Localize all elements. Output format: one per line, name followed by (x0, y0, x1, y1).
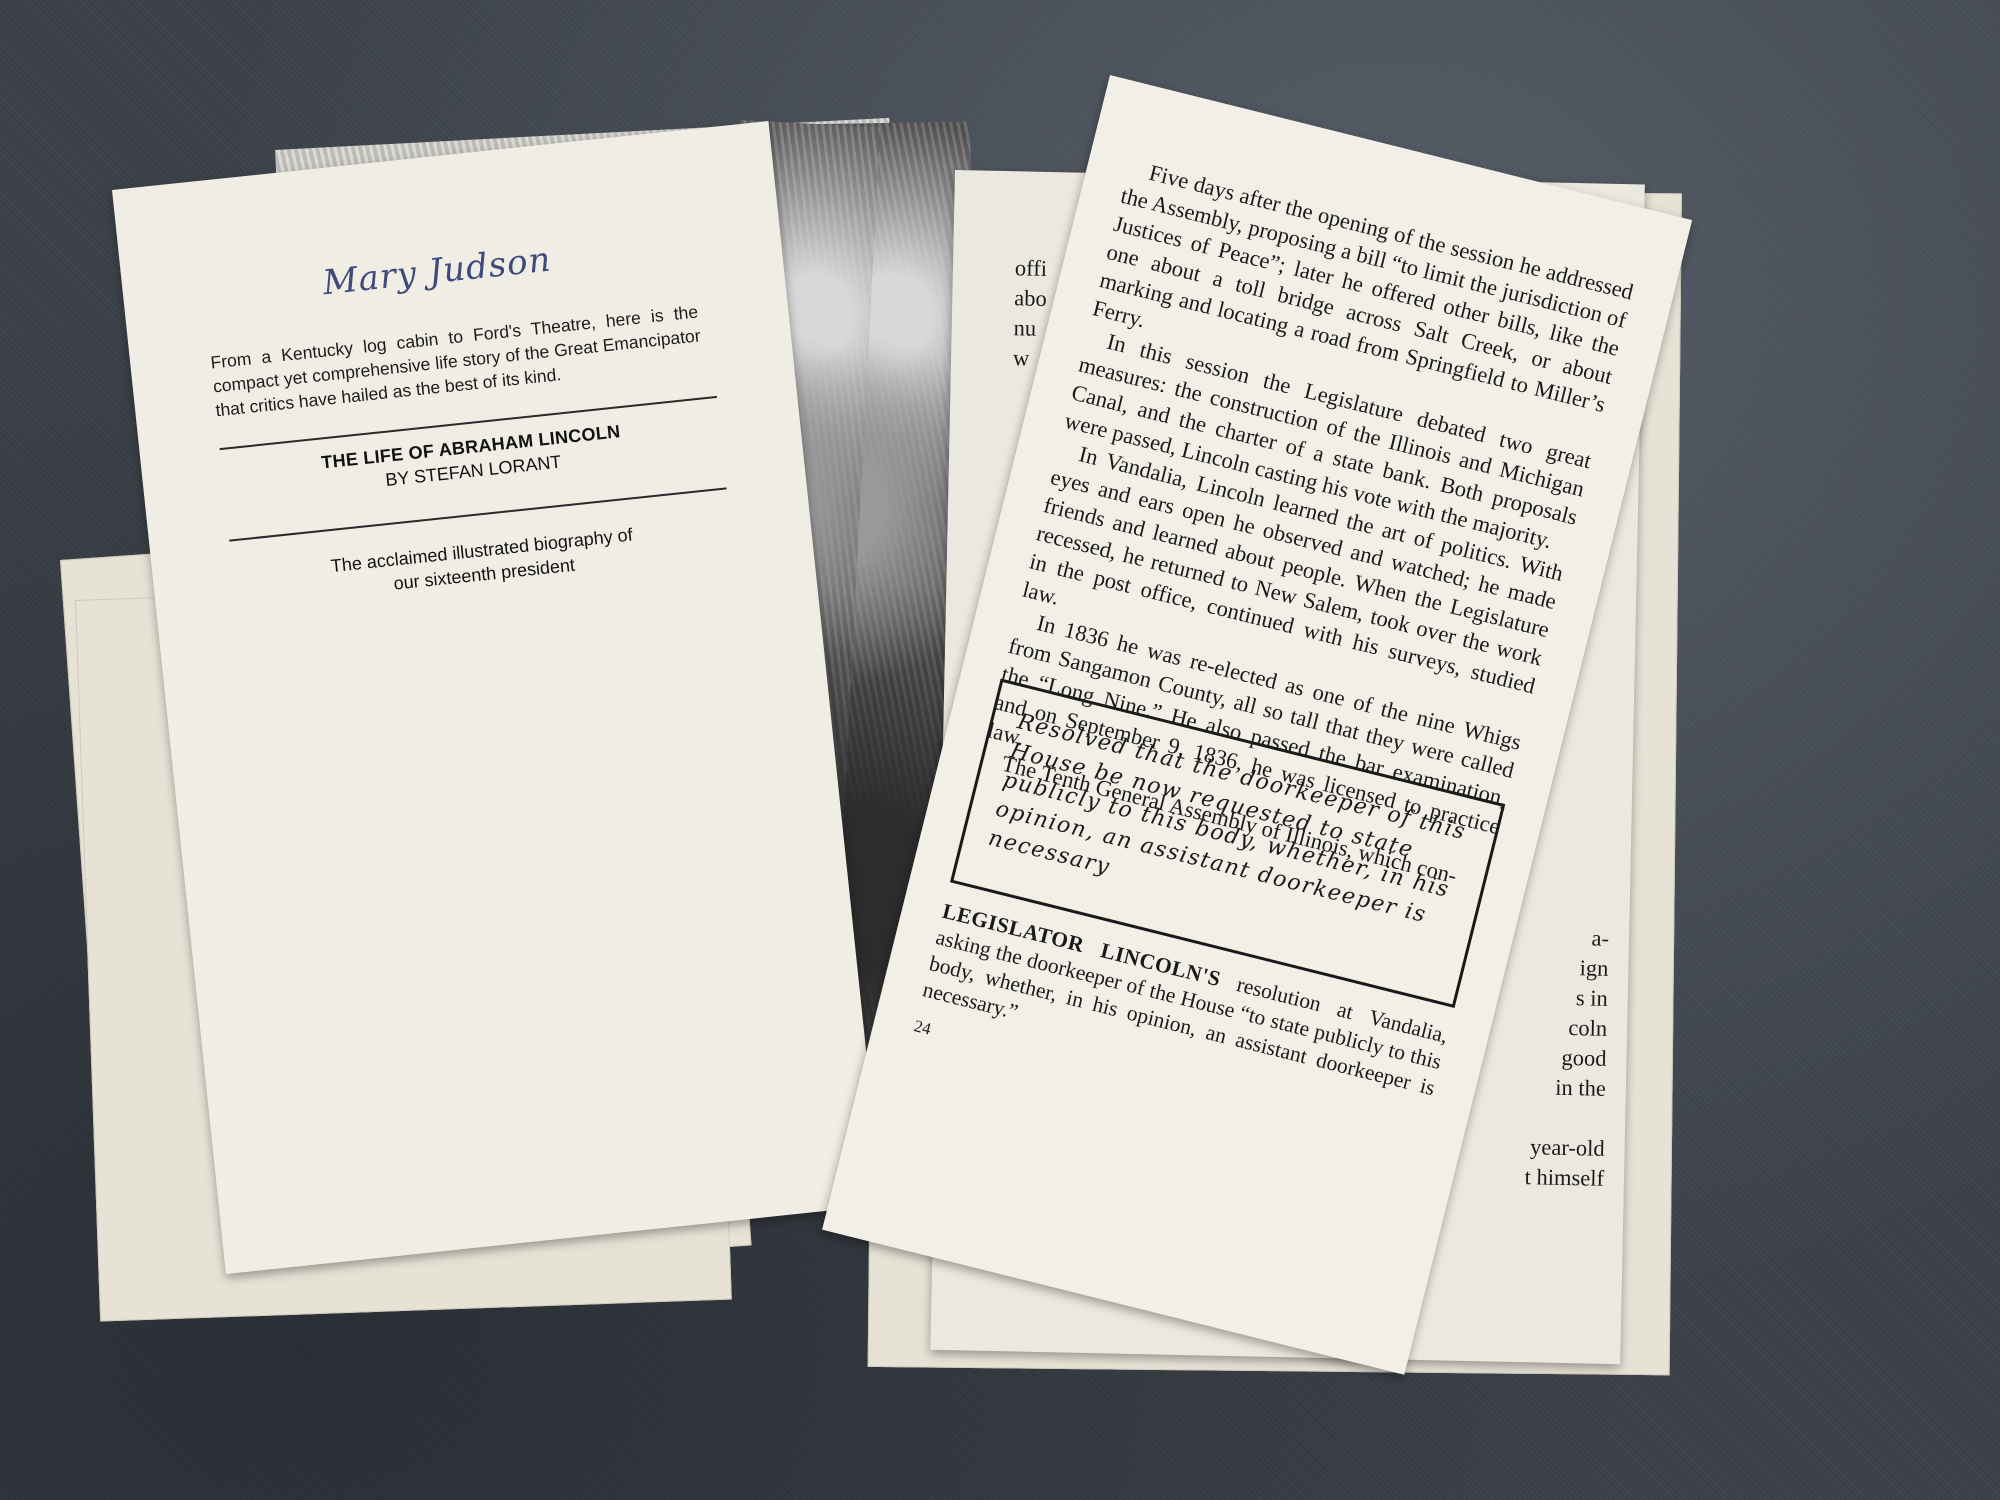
cover-blurb: From a Kentucky log cabin to Ford's Thea… (209, 299, 704, 422)
fragment: offi (1015, 253, 1048, 284)
fragment: s in (1497, 982, 1608, 1014)
fragment: abo (1014, 283, 1047, 314)
fragment: t himself (1494, 1162, 1605, 1194)
fragment: good (1496, 1042, 1607, 1074)
handwritten-signature: Mary Judson (321, 240, 553, 304)
page22-right-fragments: a- ign s in coln good in the year-old t … (1494, 922, 1610, 1194)
fragment: in the (1496, 1072, 1607, 1104)
fragment: nu (1013, 313, 1046, 344)
page-number-24: 24 (912, 1016, 933, 1040)
fragment: year-old (1494, 1132, 1605, 1164)
cover-tagline: The acclaimed illustrated biography of o… (282, 517, 685, 607)
fragment: ign (1498, 952, 1609, 984)
fragment: coln (1497, 1012, 1608, 1044)
cover-page: Mary Judson From a Kentucky log cabin to… (112, 121, 882, 1274)
